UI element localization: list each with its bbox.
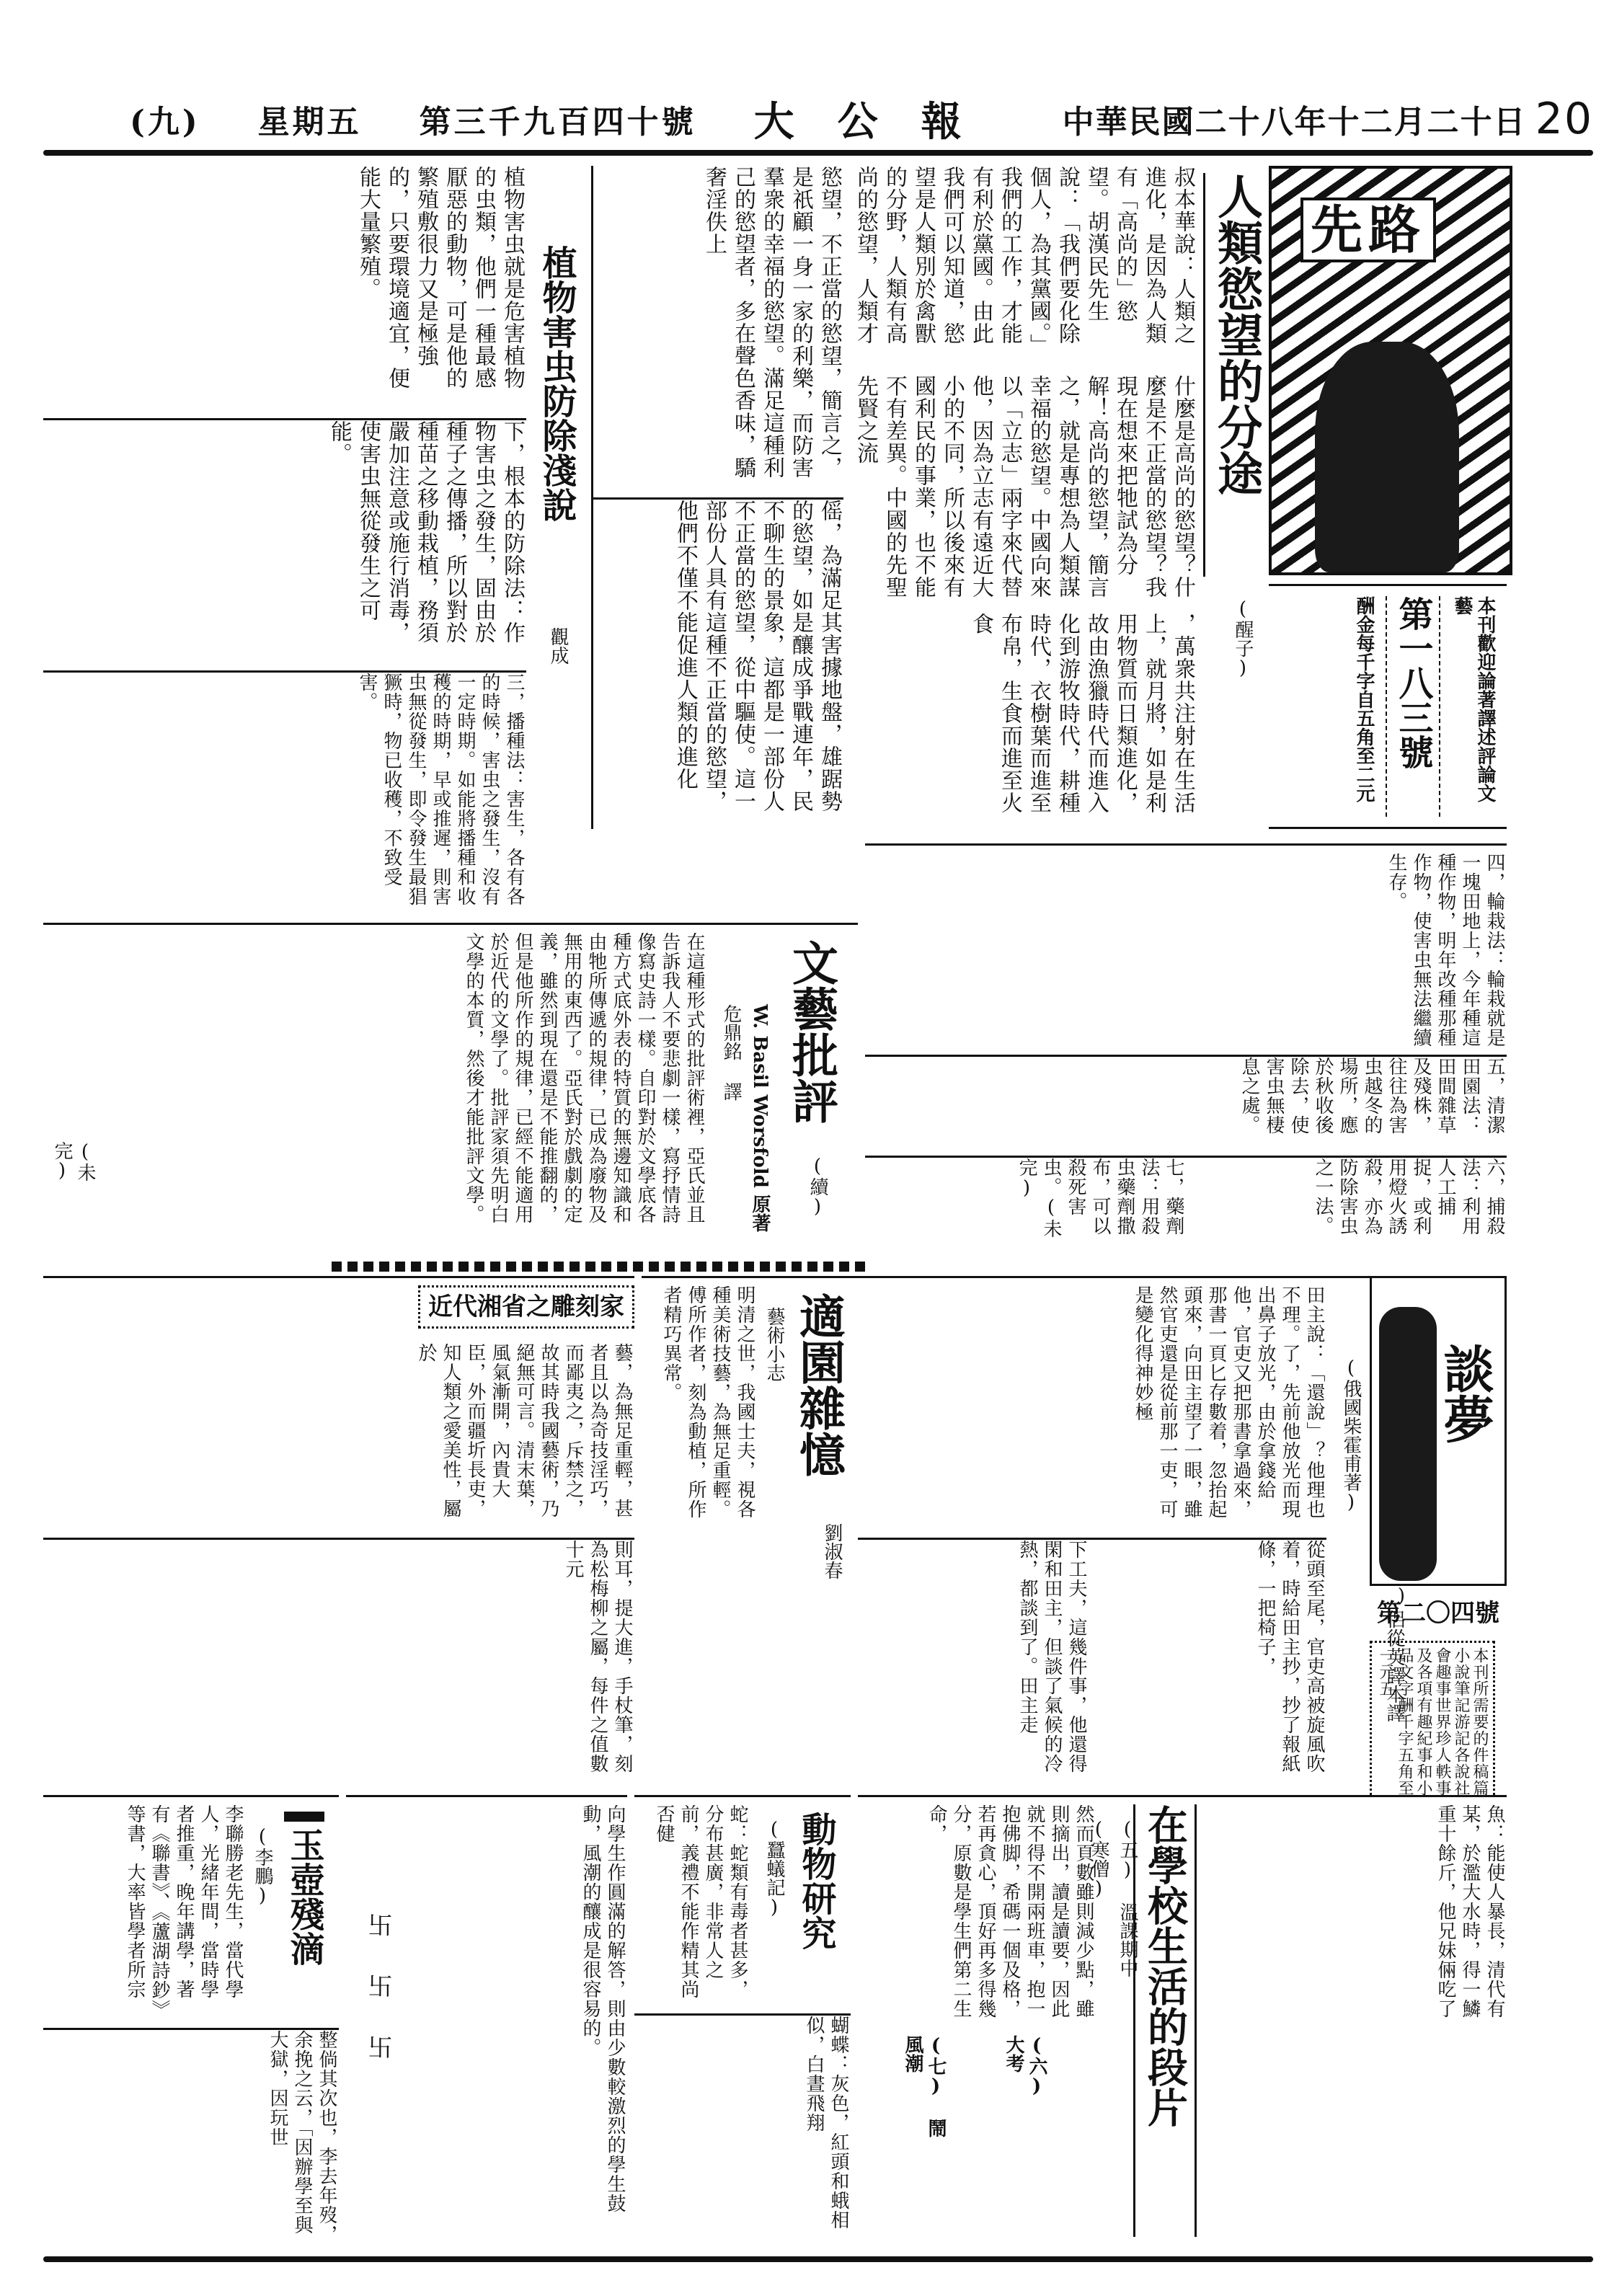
article-garden-text: 明清之世，我國士夫，視各種美術技藝，為無足重輕。傅所作者，刻為動植，所作者精巧異… xyxy=(642,1285,757,1523)
article-pest-text-6: 六，捕殺法：利用人工捕捉，或利用燈火誘殺，亦為防除害虫之一法。 xyxy=(1186,1156,1507,1247)
article-criticism-original-author: W. Basil Worsfold 原著 xyxy=(748,1004,771,1235)
article-school-section-7: (七) 鬧風潮 xyxy=(901,2035,947,2150)
article-school-text-2: 向學生作圓滿的解答，則由少數較激烈的學生鼓動，風潮的釀成是很容易的。 xyxy=(411,1804,627,2251)
tanmeng-illustration: 談夢 xyxy=(1370,1276,1507,1586)
article-desire-author: (醒子) xyxy=(1231,598,1254,714)
page-header: (九) 星期五 第三千九百四十號 大公報 中華民國二十八年十二月二十日 20 xyxy=(43,94,1593,144)
article-pest-text-5: 五，清潔田園法：田間雜草及殘株，往往為害虫越冬的場所，應於秋收後除去，使害虫無棲… xyxy=(865,1055,1507,1151)
article-desire-continued: 慾望，不正當的慾望，簡言之，是祇顧一身一家的利樂，而防害羣衆的幸福的慾望。滿足這… xyxy=(591,166,843,829)
article-desire: 人類慾望的分途 (醒子) 叔本華說：人類之進化，是因為人類有「高尚的」慾望。胡漢… xyxy=(851,166,1262,829)
header-left: (九) 星期五 第三千九百四十號 xyxy=(43,96,696,142)
article-garden-title: 適園雜憶 xyxy=(793,1293,843,1509)
article-criticism-end-note: (未完) xyxy=(50,1141,97,1206)
article-desire-text-5: 傜，為滿足其害據地盤，雄踞勢的慾望，如是釀成爭戰連年，民不聊生的景象，這都是一部… xyxy=(591,497,843,829)
article-jade-title: 玉壺殘滴 xyxy=(284,1812,324,2015)
article-criticism-title: 文藝批評 xyxy=(786,939,836,1148)
article-school-subtitle: (五) 溫課期中 xyxy=(1116,1819,1139,1977)
article-desire-title: 人類慾望的分途 xyxy=(1203,173,1262,577)
article-sculptors-title: 近代湘省之雕刻家 xyxy=(420,1287,632,1326)
article-garden-author: 劉淑春 xyxy=(820,1523,843,1610)
rider-figure-icon xyxy=(1315,342,1459,572)
tanmeng-info-box: 第二〇四號 本刊所需要的件稿篇小說筆記游記各說社會趣事世界珍人軼事及各項有趣紀事… xyxy=(1370,1593,1507,1795)
xianlu-illustration: 先路 xyxy=(1269,166,1512,575)
xianlu-title: 先路 xyxy=(1300,198,1436,262)
article-pest-text-4: 四，輪栽法：輪栽就是一塊田地上，今年種這種作物，明年改種那種作物，使害虫無法繼續… xyxy=(865,853,1507,1047)
article-pest-continued: 四，輪栽法：輪栽就是一塊田地上，今年種這種作物，明年改種那種作物，使害虫無法繼續… xyxy=(865,843,1507,1247)
newspaper-page: (九) 星期五 第三千九百四十號 大公報 中華民國二十八年十二月二十日 20 先… xyxy=(43,94,1593,2249)
article-school-continued: 向學生作圓滿的解答，則由少數較激烈的學生鼓動，風潮的釀成是很容易的。 卐 卐 卐 xyxy=(346,1795,627,2256)
article-jade-text-2: 李聯勝老先生，當代學人，光緒年間，當時學者推重，晚年講學，著有《聯書》、《蘆湖詩… xyxy=(43,1804,245,2013)
article-criticism-continued: (續) xyxy=(806,1156,829,1213)
tanmeng-issue-label: 第二〇四號 xyxy=(1370,1593,1507,1634)
xianlu-info-box: 本刊歡迎論著譯述評論文藝 第一八三號 酬金每千字自五角至二元 xyxy=(1269,584,1507,829)
bottom-rule xyxy=(43,2256,1593,2262)
article-pest-text-3: 三，播種法：害生，各有各的時候，害虫之發生，沒有一定時期。如能將播種和收穫的時期… xyxy=(43,670,526,916)
article-criticism: 文藝批評 (續) W. Basil Worsfold 原著 危鼎銘 譯 在這種形… xyxy=(43,923,858,1254)
header-rule xyxy=(43,150,1593,156)
article-pest-text-2: 下，根本的防除法：作物害虫之發生，固由於種子之傳播，所以對於種苗之移動栽植，務須… xyxy=(43,418,526,658)
issue-number: 第三千九百四十號 xyxy=(420,96,696,142)
article-money-text-3: 下工夫，這幾件事，他還得閑和田主，但談了氣候的冷熱，都談到了。田主走 xyxy=(858,1538,1089,1778)
article-animals-title: 動物研究 xyxy=(796,1812,836,1999)
animal-snake-text: 蛇：蛇類有毒者甚多，分布甚廣，非常人之前，義禮不能作精其尚否健 xyxy=(634,1804,750,1999)
article-school-text-1: 然而頁數雖則減少點，雖則摘出，讀是讀要，因此就不得不開兩班車，抱一抱佛脚，希碼一… xyxy=(858,1804,1096,2021)
article-criticism-text: 在這種形式的批評術裡，亞氏並且告訴我人不要悲劇一樣，寫抒情詩像寫史詩一樣。自印對… xyxy=(65,932,706,1242)
article-jade: 玉壺殘滴 (李鵬) 李聯勝老先生，當代學人，光緒年間，當時學者推重，晚年講學，著… xyxy=(43,1795,339,2256)
article-school: 魚：能使人暴長，清代有某，於濫大水時，得一鱗重十餘斤，他兄妹倆吃了 在學校生活的… xyxy=(858,1795,1507,2256)
article-school-section-6: (六) 大考 xyxy=(1002,2035,1048,2122)
article-garden: 適園雜憶 藝術小志 劉淑春 明清之世，我國士夫，視各種美術技藝，為無足重輕。傅所… xyxy=(642,1276,858,1781)
section-divider xyxy=(332,1262,865,1272)
article-school-title: 在學校生活的段片 xyxy=(1133,1804,1197,2237)
newspaper-name: 大公報 xyxy=(754,90,1005,148)
article-criticism-translator: 危鼎銘 譯 xyxy=(719,1004,743,1177)
article-money: 萬能的金錢 (續) (俄國柴霍甫著) 侶從英譯本譯 田主說：「還說」？他理也不理… xyxy=(858,1276,1420,1781)
article-money-text-1: 田主說：「還說」？他理也不理。了，先前他放光而現出鼻子放光，由於拿錢給他，官吏又… xyxy=(858,1285,1326,1523)
article-sculptors-text-2: 則耳，提大進，手杖筆，刻為松梅柳之屬，每件之值數十元 xyxy=(43,1538,634,1778)
article-desire-text-4: 慾望，不正當的慾望，簡言之，是祇顧一身一家的利樂，而防害羣衆的幸福的慾望。滿足這… xyxy=(591,166,843,483)
article-pest-text-7: 七，藥劑法：用殺虫藥劑撒布，可以殺死害虫。(未完) xyxy=(865,1156,1186,1247)
publication-date: 中華民國二十八年十二月二十日 xyxy=(1063,96,1527,142)
article-animals: 動物研究 (蠶蟻記) 蛇：蛇類有毒者甚多，分布甚廣，非常人之前，義禮不能作精其尚… xyxy=(634,1795,851,2256)
article-sculptors-title-box: 近代湘省之雕刻家 xyxy=(418,1285,634,1329)
tanmeng-title: 談夢 xyxy=(1440,1343,1490,1530)
article-desire-text-2: 什麼是高尚的慾望？什麼是不正當的慾望？我現在想來把牠試為分解！高尚的慾望，簡言之… xyxy=(851,375,1197,598)
woman-figure-icon xyxy=(1379,1307,1437,1581)
article-pest-author: 觀成 xyxy=(546,627,570,685)
article-money-text-2: 從頭至尾，官吏高被旋風吹着，時給田主抄，抄了報紙條，一把椅子， xyxy=(1089,1538,1326,1778)
page-marker: 20 xyxy=(1535,94,1593,144)
article-desire-text-1: 叔本華說：人類之進化，是因為人類有「高尚的」慾望。胡漢民先生說：「我們要化除個人… xyxy=(851,166,1197,360)
tanmeng-notice: 本刊所需要的件稿篇小說筆記游記各說社會趣事世界珍人軼事及各項有趣紀事和小品文字酬… xyxy=(1370,1641,1495,1795)
article-animals-source: (蠶蟻記) xyxy=(763,1819,786,1941)
article-jade-text-1: 整倘其次也，李去年歿，余挽之云，「因辦學至與大獄，因玩世 xyxy=(43,2028,339,2253)
section-number: (九) xyxy=(130,96,200,142)
article-desire-text-3: ，萬衆共注射在生活上，就月將，如是利用物質而日類進化，故由漁獵時代而進入化到游牧… xyxy=(851,613,1197,829)
xianlu-notice: 本刊歡迎論著譯述評論文藝 xyxy=(1450,596,1497,812)
article-money-source: (俄國柴霍甫著) xyxy=(1339,1357,1362,1523)
article-sculptors: 近代湘省之雕刻家 藝，為無足重輕，甚者且以為奇技淫巧，而鄙夷之，斥禁之，故其時我… xyxy=(43,1276,634,1781)
article-pest-title: 植物害虫防除淺說 xyxy=(536,245,577,606)
article-sculptors-text: 藝，為無足重輕，甚者且以為奇技淫巧，而鄙夷之，斥禁之，故其時我國藝術，乃絕無可言… xyxy=(43,1343,634,1523)
xianlu-issue-label: 第一八三號 xyxy=(1386,596,1440,817)
article-pest: 植物害虫防除淺說 觀成 植物害虫就是危害植物的虫類，他們一種最感厭惡的動物，可是… xyxy=(43,166,584,916)
weekday: 星期五 xyxy=(258,96,362,142)
animal-butterfly-text: 蝴蝶：灰色，紅頭和蛾相似，白晝飛翔 xyxy=(634,2013,851,2253)
article-garden-subtitle: 藝術小志 xyxy=(763,1307,786,1415)
header-right: 中華民國二十八年十二月二十日 20 xyxy=(1063,94,1593,144)
animal-fish-text: 魚：能使人暴長，清代有某，於濫大水時，得一鱗重十餘斤，他兄妹倆吃了 xyxy=(1204,1804,1507,2021)
article-jade-author: (李鵬) xyxy=(251,1826,274,1912)
xianlu-payment: 酬金每千字自五角至二元 xyxy=(1352,596,1375,812)
article-pest-text-1: 植物害虫就是危害植物的虫類，他們一種最感厭惡的動物，可是他的繁殖敷很力又是極強的… xyxy=(43,166,526,404)
end-ornament-icon: 卐 卐 卐 xyxy=(360,1912,396,2129)
